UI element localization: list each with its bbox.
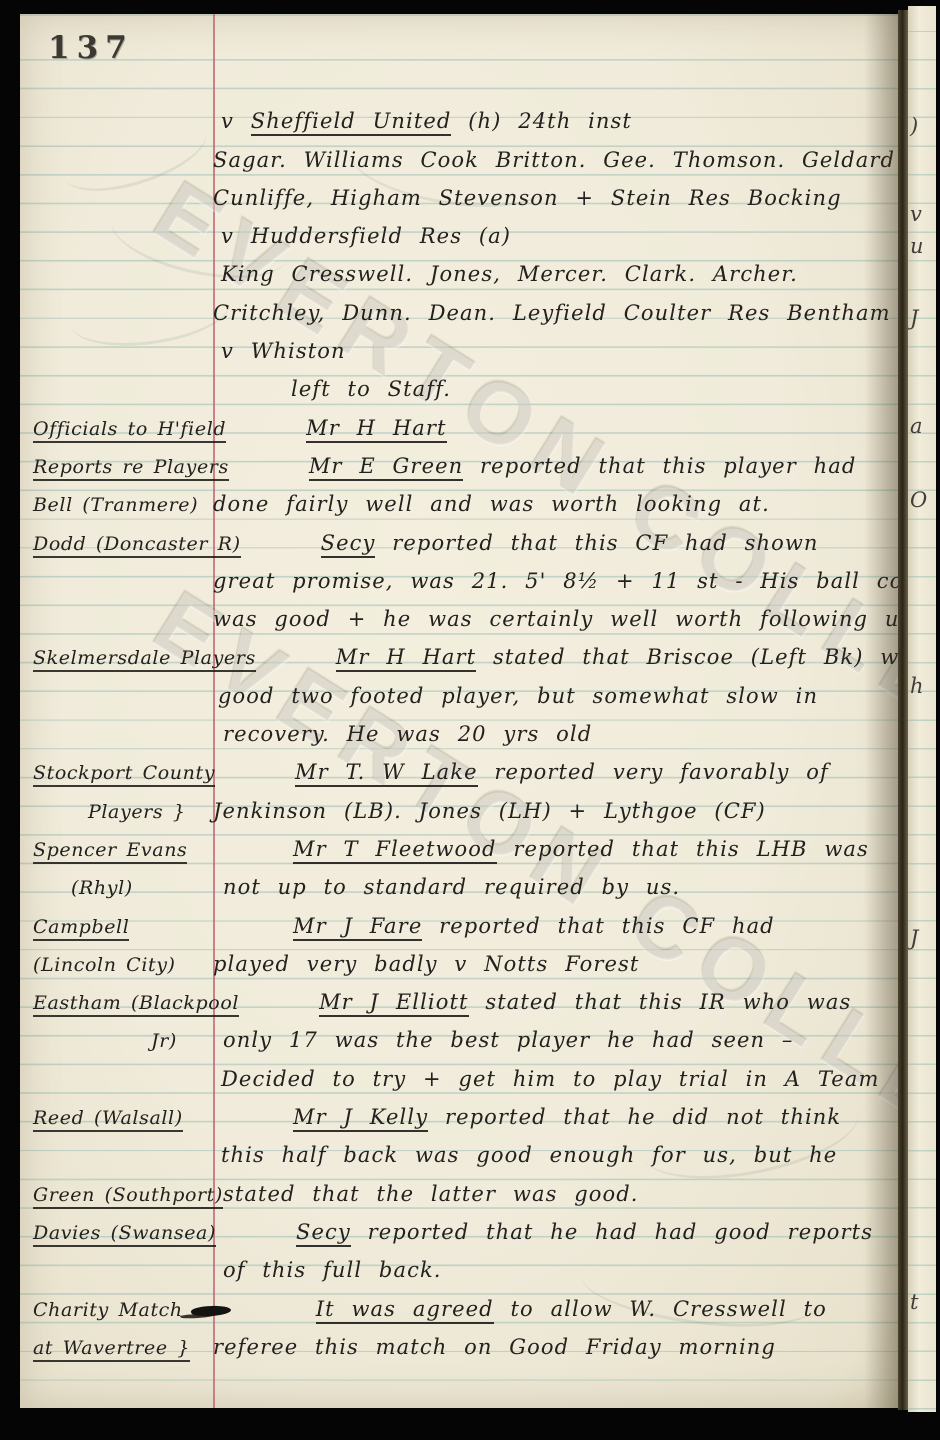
book-gutter-shadow (898, 10, 908, 1410)
ledger-line: Spencer EvansMr T Fleetwood reported tha… (20, 828, 898, 866)
entry-text: referee this match on Good Friday mornin… (213, 1337, 898, 1364)
ledger-line: great promise, was 21. 5' 8½ + 11 st - H… (20, 560, 898, 598)
entry-text: left to Staff. (213, 379, 898, 406)
margin-note (20, 324, 213, 330)
entry-text: this half back was good enough for us, b… (213, 1145, 898, 1172)
ledger-line: v Huddersfield Res (a) (20, 215, 898, 253)
margin-note (20, 1090, 213, 1096)
ledger-line: Dodd (Doncaster R)Secy reported that thi… (20, 521, 898, 559)
margin-note (20, 707, 213, 713)
entry-text: of this full back. (213, 1260, 898, 1287)
entry-text: King Cresswell. Jones, Mercer. Clark. Ar… (213, 264, 898, 291)
ledger-line: v Whiston (20, 330, 898, 368)
entry-text: great promise, was 21. 5' 8½ + 11 st - H… (213, 571, 898, 598)
stroke-fragment: J (910, 926, 918, 950)
ledger-line: Eastham (BlackpoolMr J Elliott stated th… (20, 981, 898, 1019)
ledger-line: CampbellMr J Fare reported that this CF … (20, 904, 898, 942)
margin-note: Stockport County (20, 764, 215, 789)
stroke-fragment: ) (910, 114, 918, 138)
margin-note (20, 1281, 213, 1287)
stroke-fragment: h (910, 674, 924, 698)
margin-note (20, 400, 213, 406)
ledger-line: v Sheffield United (h) 24th inst (20, 100, 898, 138)
margin-note: (Lincoln City) (20, 956, 213, 981)
ledger-line: this half back was good enough for us, b… (20, 1134, 898, 1172)
margin-note (20, 209, 213, 215)
stroke-fragment: u (910, 234, 924, 258)
entry-text: Critchley, Dunn. Dean. Leyfield Coulter … (213, 303, 898, 330)
entry-text: It was agreed to allow W. Cresswell to (231, 1299, 898, 1326)
ledger-line: of this full back. (20, 1249, 898, 1287)
ledger-line: Critchley, Dunn. Dean. Leyfield Coulter … (20, 291, 898, 329)
entry-text: recovery. He was 20 yrs old (213, 724, 898, 751)
entry-text: Mr J Elliott stated that this IR who was (239, 992, 898, 1019)
ledger-line: Reports re PlayersMr E Green reported th… (20, 445, 898, 483)
ledger-line: Charity MatchIt was agreed to allow W. C… (20, 1287, 898, 1325)
entry-text: was good + he was certainly well worth f… (213, 609, 898, 636)
ink-blot (190, 1304, 231, 1317)
page-number-stamp: 137 (48, 30, 134, 66)
ledger-page: 137 EVERTON COLLECTION EVERTON COLLECTIO… (20, 14, 898, 1408)
margin-note (20, 630, 213, 636)
margin-note: Davies (Swansea) (20, 1224, 216, 1249)
ledger-line: Jr)only 17 was the best player he had se… (20, 1019, 898, 1057)
entry-text: Mr J Kelly reported that he did not thin… (213, 1107, 898, 1134)
margin-note (20, 592, 213, 598)
entry-text: Sagar. Williams Cook Britton. Gee. Thoms… (213, 150, 898, 177)
entry-text: Decided to try + get him to play trial i… (213, 1069, 898, 1096)
next-page-edge: )vuJaOhJt (908, 6, 936, 1412)
margin-note: Eastham (Blackpool (20, 994, 239, 1019)
margin-note: Charity Match (20, 1301, 231, 1326)
margin-note: Officials to H'field (20, 420, 226, 445)
entry-text: played very badly v Notts Forest (213, 954, 898, 981)
entry-text: Mr T. W Lake reported very favorably of (215, 762, 898, 789)
entry-text: Mr J Fare reported that this CF had (213, 916, 898, 943)
margin-note: Reports re Players (20, 458, 229, 483)
entry-text: Secy reported that this CF had shown (241, 533, 898, 560)
entry-text: v Huddersfield Res (a) (213, 226, 898, 253)
stroke-fragment: O (910, 488, 927, 512)
margin-note: Players } (20, 803, 213, 828)
margin-note: Skelmersdale Players (20, 649, 256, 674)
minute-book-photo: 137 EVERTON COLLECTION EVERTON COLLECTIO… (0, 0, 940, 1440)
ledger-line: good two footed player, but somewhat slo… (20, 674, 898, 712)
entry-text: done fairly well and was worth looking a… (213, 494, 898, 521)
margin-note: Campbell (20, 918, 213, 943)
ledger-line: Skelmersdale PlayersMr H Hart stated tha… (20, 636, 898, 674)
entry-text: Mr H Hart stated that Briscoe (Left Bk) … (256, 647, 898, 674)
entry-text: v Sheffield United (h) 24th inst (213, 111, 898, 138)
margin-note: Spencer Evans (20, 841, 213, 866)
ledger-line: (Lincoln City)played very badly v Notts … (20, 943, 898, 981)
entry-text: only 17 was the best player he had seen … (213, 1030, 898, 1057)
margin-note (20, 132, 213, 138)
margin-note (20, 285, 213, 291)
margin-note (20, 171, 213, 177)
entry-text: stated that the latter was good. (223, 1184, 898, 1211)
ledger-line: Davies (Swansea)Secy reported that he ha… (20, 1211, 898, 1249)
ledger-line: Cunliffe, Higham Stevenson + Stein Res B… (20, 177, 898, 215)
ledger-line: Green (Southport)stated that the latter … (20, 1172, 898, 1210)
ledger-line: (Rhyl)not up to standard required by us. (20, 866, 898, 904)
ledger-line: Sagar. Williams Cook Britton. Gee. Thoms… (20, 138, 898, 176)
margin-note (20, 247, 213, 253)
ledger-line: Decided to try + get him to play trial i… (20, 1057, 898, 1095)
entry-text: Secy reported that he had had good repor… (216, 1222, 898, 1249)
entry-text: good two footed player, but somewhat slo… (213, 686, 898, 713)
ledger-line: Bell (Tranmere)done fairly well and was … (20, 483, 898, 521)
margin-note (20, 745, 213, 751)
ledger-line: was good + he was certainly well worth f… (20, 598, 898, 636)
ledger-line: Officials to H'fieldMr H Hart (20, 406, 898, 444)
entry-text: Mr E Green reported that this player had (229, 456, 898, 483)
ledger-line: left to Staff. (20, 368, 898, 406)
margin-note: at Wavertree } (20, 1339, 213, 1364)
ledger-line: recovery. He was 20 yrs old (20, 713, 898, 751)
margin-note: Green (Southport) (20, 1186, 223, 1211)
stroke-fragment: J (910, 306, 918, 330)
margin-note: Bell (Tranmere) (20, 496, 213, 521)
ledger-line: Players }Jenkinson (LB). Jones (LH) + Ly… (20, 789, 898, 827)
stroke-fragment: v (910, 202, 922, 226)
entry-text: Cunliffe, Higham Stevenson + Stein Res B… (213, 188, 898, 215)
entry-text: Mr H Hart (226, 418, 898, 445)
entry-text: Mr T Fleetwood reported that this LHB wa… (213, 839, 898, 866)
ledger-line: Stockport CountyMr T. W Lake reported ve… (20, 751, 898, 789)
handwritten-entries: v Sheffield United (h) 24th instSagar. W… (20, 100, 898, 1364)
stroke-fragment: t (910, 1290, 918, 1314)
margin-note (20, 1166, 213, 1172)
entry-text: v Whiston (213, 341, 898, 368)
ledger-line: at Wavertree }referee this match on Good… (20, 1326, 898, 1364)
margin-note: Reed (Walsall) (20, 1109, 213, 1134)
margin-note: Jr) (20, 1032, 213, 1057)
margin-note: Dodd (Doncaster R) (20, 535, 241, 560)
entry-text: Jenkinson (LB). Jones (LH) + Lythgoe (CF… (213, 801, 898, 828)
entry-text: not up to standard required by us. (213, 877, 898, 904)
margin-note (20, 362, 213, 368)
ledger-line: King Cresswell. Jones, Mercer. Clark. Ar… (20, 253, 898, 291)
stroke-fragment: a (910, 414, 923, 438)
margin-note: (Rhyl) (20, 879, 213, 904)
ledger-line: Reed (Walsall)Mr J Kelly reported that h… (20, 1096, 898, 1134)
